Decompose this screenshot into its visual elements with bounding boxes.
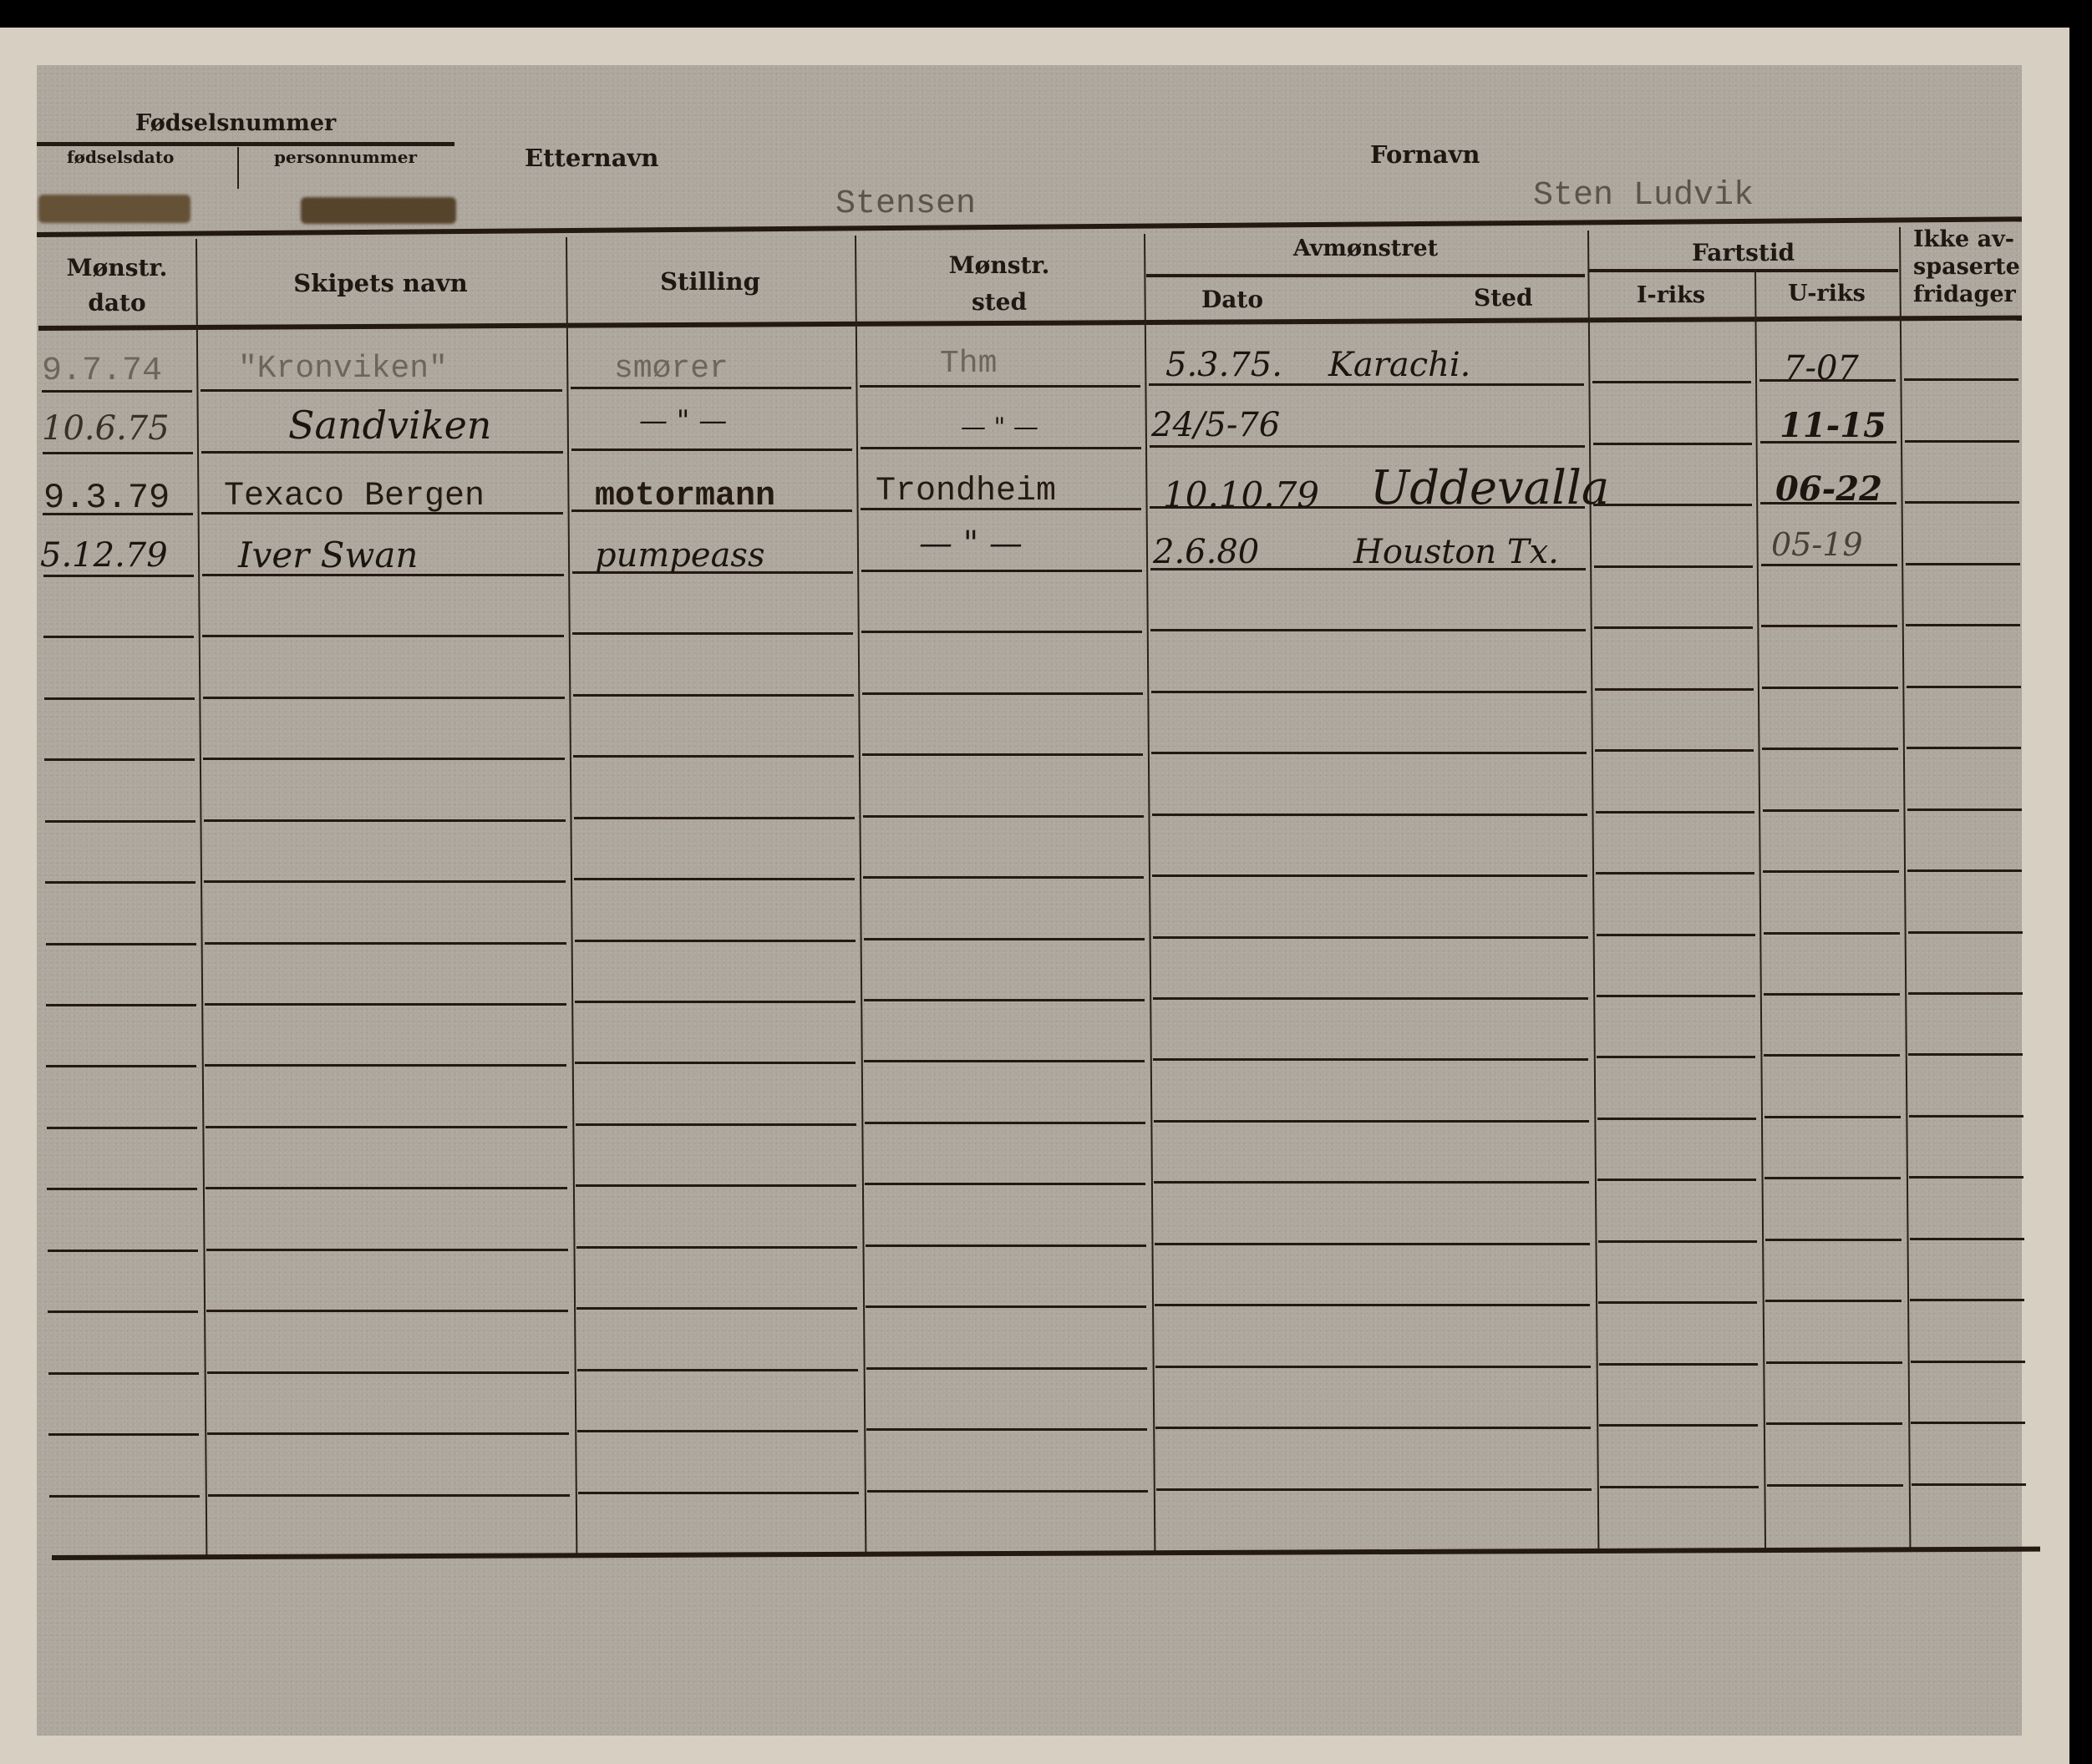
row-2-monstr-sted: — " — <box>961 413 1038 442</box>
row-rule <box>204 819 566 822</box>
row-4-stilling: pumpeass <box>595 536 764 575</box>
row-rule <box>206 1310 568 1312</box>
row-rule <box>46 1004 196 1006</box>
row-rule <box>1763 870 1899 873</box>
row-rule <box>1904 378 2018 381</box>
row-rule <box>47 1188 197 1190</box>
row-rule <box>1155 1427 1591 1429</box>
row-rule <box>1906 624 2020 626</box>
header-avmonstret: Avmønstret <box>1144 236 1587 261</box>
row-rule <box>1593 504 1752 506</box>
row-4-skipets-navn: Iver Swan <box>238 535 418 575</box>
row-rule <box>575 940 856 942</box>
row-rule <box>1600 1486 1759 1488</box>
row-rule <box>1592 381 1751 383</box>
row-rule <box>1155 1304 1590 1306</box>
row-rule <box>576 1307 857 1310</box>
row-rule <box>1596 872 1754 874</box>
row-rule <box>203 697 565 699</box>
row-rule <box>864 1060 1145 1062</box>
row-rule <box>1762 748 1898 750</box>
row-rule <box>205 942 566 945</box>
row-rule <box>201 389 562 392</box>
header-avm-dato: Dato <box>1201 286 1263 313</box>
row-rule <box>1765 1239 1902 1241</box>
row-3-stilling: motormann <box>595 478 775 515</box>
row-rule <box>1599 1424 1758 1427</box>
row-rule <box>1767 1484 1903 1487</box>
row-2-stilling: — " — <box>639 404 727 438</box>
fodselsnummer-label: Fødselsnummer <box>135 110 336 136</box>
row-rule <box>1598 1240 1757 1243</box>
row-3-avm-dato: 10.10.79 <box>1163 474 1319 515</box>
row-rule <box>1593 443 1752 445</box>
row-rule <box>1154 1181 1589 1184</box>
header-u-riks: U-riks <box>1754 281 1899 307</box>
row-rule <box>576 1184 856 1187</box>
row-rule <box>48 1433 199 1436</box>
row-rule <box>1905 501 2019 504</box>
row-rule <box>1597 995 1755 997</box>
row-rule <box>575 1062 856 1064</box>
row-rule <box>202 635 564 637</box>
row-rule <box>48 1249 198 1252</box>
row-rule <box>862 692 1143 695</box>
row-rule <box>48 1372 199 1375</box>
row-rule <box>575 1001 856 1003</box>
row-3-monstr-sted: Trondheim <box>876 473 1056 510</box>
row-rule <box>1910 1238 2024 1240</box>
row-rule <box>45 820 195 823</box>
row-1-monstr-sted: Thm <box>940 346 997 382</box>
row-rule <box>1907 686 2021 688</box>
row-rule <box>863 876 1144 879</box>
header-ikke-line2: spaserte <box>1913 253 2020 281</box>
row-rule <box>46 943 196 945</box>
row-rule <box>1597 1056 1755 1058</box>
row-rule <box>1910 1299 2024 1301</box>
row-rule <box>1151 752 1587 754</box>
row-4-u-riks: 05-19 <box>1771 526 1863 563</box>
etternavn-label: Etternavn <box>525 144 658 172</box>
header-fartstid: Fartstid <box>1587 239 1899 266</box>
row-rule <box>1766 1422 1902 1425</box>
row-3-monstr-dato: 9.3.79 <box>43 478 170 518</box>
header-monstr-dato-line2: dato <box>50 286 184 321</box>
row-rule <box>573 755 854 758</box>
row-2-monstr-dato: 10.6.75 <box>42 409 170 448</box>
row-4-monstr-dato: 5.12.79 <box>40 536 168 575</box>
row-rule <box>572 632 853 635</box>
row-rule <box>866 1367 1147 1370</box>
row-4-avm-dato: 2.6.80 <box>1153 533 1259 571</box>
row-rule <box>1597 934 1755 936</box>
row-rule <box>867 1490 1148 1493</box>
row-rule <box>1595 749 1754 752</box>
row-rule <box>1155 1243 1590 1245</box>
row-rule <box>1909 1176 2023 1179</box>
row-3-skipets-navn: Texaco Bergen <box>224 478 485 515</box>
row-rule <box>861 447 1141 449</box>
row-rule <box>1151 691 1587 693</box>
row-rule <box>206 1249 568 1251</box>
row-rule <box>46 1065 196 1067</box>
row-rule <box>1765 1300 1902 1302</box>
header-ikke-line3: fridager <box>1913 281 2020 308</box>
row-rule <box>1909 1115 2023 1118</box>
row-rule <box>1764 932 1900 935</box>
personnummer-redaction <box>301 197 456 224</box>
row-rule <box>577 1369 858 1371</box>
row-4-avm-sted: Houston Tx. <box>1353 533 1559 571</box>
row-rule <box>1594 565 1753 568</box>
row-rule <box>1907 808 2022 811</box>
row-rule <box>201 451 563 454</box>
row-rule <box>866 1305 1146 1308</box>
row-rule <box>574 878 855 880</box>
row-rule <box>1597 1118 1756 1120</box>
row-rule <box>207 1371 569 1374</box>
row-rule <box>205 1003 566 1006</box>
row-rule <box>208 1494 570 1497</box>
row-1-u-riks: 7-07 <box>1784 349 1859 388</box>
row-rule <box>1152 874 1587 877</box>
header-monstr-sted-line2: sted <box>855 284 1144 321</box>
row-1-stilling: smører <box>614 351 729 387</box>
row-rule <box>1761 625 1897 627</box>
row-rule <box>47 1127 197 1129</box>
row-rule <box>573 694 854 697</box>
row-rule <box>204 880 566 883</box>
row-rule <box>860 385 1140 388</box>
row-rule <box>1156 1488 1592 1491</box>
row-rule <box>1598 1301 1757 1304</box>
row-rule <box>863 815 1144 818</box>
row-rule <box>865 1183 1145 1185</box>
row-rule <box>577 1430 858 1432</box>
row-rule <box>1597 1179 1756 1181</box>
row-3-u-riks: 06-22 <box>1775 469 1882 509</box>
row-rule <box>1907 869 2022 872</box>
row-rule <box>1911 1361 2025 1363</box>
row-rule <box>1764 1054 1900 1057</box>
personnummer-label: personnummer <box>274 147 417 167</box>
row-rule <box>1153 936 1588 939</box>
header-skipets-navn: Skipets navn <box>195 269 566 297</box>
row-rule <box>862 753 1143 756</box>
row-rule <box>1154 1120 1589 1123</box>
row-1-skipets-navn: "Kronviken" <box>238 351 448 387</box>
row-rule <box>571 449 852 451</box>
fodselsnummer-rule <box>37 142 454 146</box>
row-rule <box>1764 1177 1901 1179</box>
row-rule <box>1911 1422 2025 1424</box>
row-rule <box>1763 809 1899 812</box>
row-rule <box>1762 687 1898 689</box>
row-rule <box>1155 1366 1591 1368</box>
header-ikke-avspaserte: Ikke av- spaserte fridager <box>1913 226 2020 308</box>
row-3-avm-sted: Uddevalla <box>1370 461 1609 515</box>
row-rule <box>206 1187 567 1189</box>
row-rule <box>1764 993 1900 996</box>
row-rule <box>578 1492 859 1494</box>
row-rule <box>866 1244 1146 1247</box>
row-rule <box>43 575 194 577</box>
fornavn-label: Fornavn <box>1370 140 1480 169</box>
row-1-avm-dato: 5.3.75. <box>1165 346 1282 384</box>
row-rule <box>861 570 1142 572</box>
row-rule <box>571 387 851 389</box>
row-rule <box>206 1126 567 1128</box>
row-rule <box>1908 931 2023 934</box>
row-rule <box>1599 1363 1758 1366</box>
header-avm-sted: Sted <box>1474 284 1533 312</box>
row-4-monstr-sted: — " — <box>919 525 1023 563</box>
row-rule <box>49 1495 200 1498</box>
fodselsdato-label: fødselsdato <box>67 147 174 167</box>
row-rule <box>44 697 195 700</box>
row-rule <box>864 999 1145 1001</box>
row-rule <box>1766 1361 1902 1364</box>
row-2-u-riks: 11-15 <box>1780 406 1886 445</box>
row-rule <box>865 1122 1145 1124</box>
row-rule <box>45 881 195 884</box>
row-rule <box>48 1310 198 1313</box>
row-rule <box>1764 1116 1901 1118</box>
row-1-avm-sted: Karachi. <box>1328 346 1470 384</box>
header-monstr-dato-line1: Mønstr. <box>50 251 184 286</box>
header-monstr-sted-line1: Mønstr. <box>855 247 1144 284</box>
fodselsnummer-divider <box>237 147 239 189</box>
etternavn-value: Stensen <box>835 185 976 223</box>
row-rule <box>44 758 195 761</box>
row-rule <box>205 1064 566 1067</box>
row-2-skipets-navn: Sandviken <box>288 403 491 448</box>
row-rule <box>864 938 1145 940</box>
row-1-monstr-dato: 9.7.74 <box>42 352 162 390</box>
row-rule <box>1595 688 1754 691</box>
row-2-avm-dato: 24/5-76 <box>1151 406 1280 444</box>
row-rule <box>1912 1483 2026 1486</box>
avmonstret-subrule <box>1146 274 1585 277</box>
fodselsdato-redaction <box>38 195 190 223</box>
header-monstr-sted: Mønstr. sted <box>855 247 1144 321</box>
row-rule <box>861 631 1142 633</box>
row-rule <box>1907 747 2021 749</box>
header-ikke-line1: Ikke av- <box>1913 226 2020 253</box>
row-rule <box>1761 564 1897 566</box>
row-rule <box>1153 1058 1588 1061</box>
row-rule <box>1152 814 1587 816</box>
row-rule <box>42 390 192 393</box>
row-rule <box>207 1432 569 1435</box>
header-i-riks: I-riks <box>1587 282 1754 308</box>
header-stilling: Stilling <box>566 267 855 296</box>
row-rule <box>574 817 855 819</box>
row-rule <box>1905 440 2019 443</box>
row-rule <box>43 452 193 454</box>
row-rule <box>1908 992 2023 995</box>
row-rule <box>1150 629 1586 631</box>
row-rule <box>576 1246 857 1249</box>
row-rule <box>1906 563 2020 565</box>
row-rule <box>576 1123 856 1126</box>
fornavn-value: Sten Ludvik <box>1533 177 1754 215</box>
row-rule <box>866 1428 1147 1431</box>
row-rule <box>1908 1053 2023 1056</box>
row-rule <box>203 758 565 760</box>
fartstid-subrule <box>1589 269 1898 272</box>
row-rule <box>1150 445 1585 448</box>
row-rule <box>1594 626 1753 629</box>
row-rule <box>1596 811 1754 814</box>
row-rule <box>1153 997 1588 1000</box>
row-rule <box>43 636 194 638</box>
header-monstr-dato: Mønstr. dato <box>50 251 184 321</box>
